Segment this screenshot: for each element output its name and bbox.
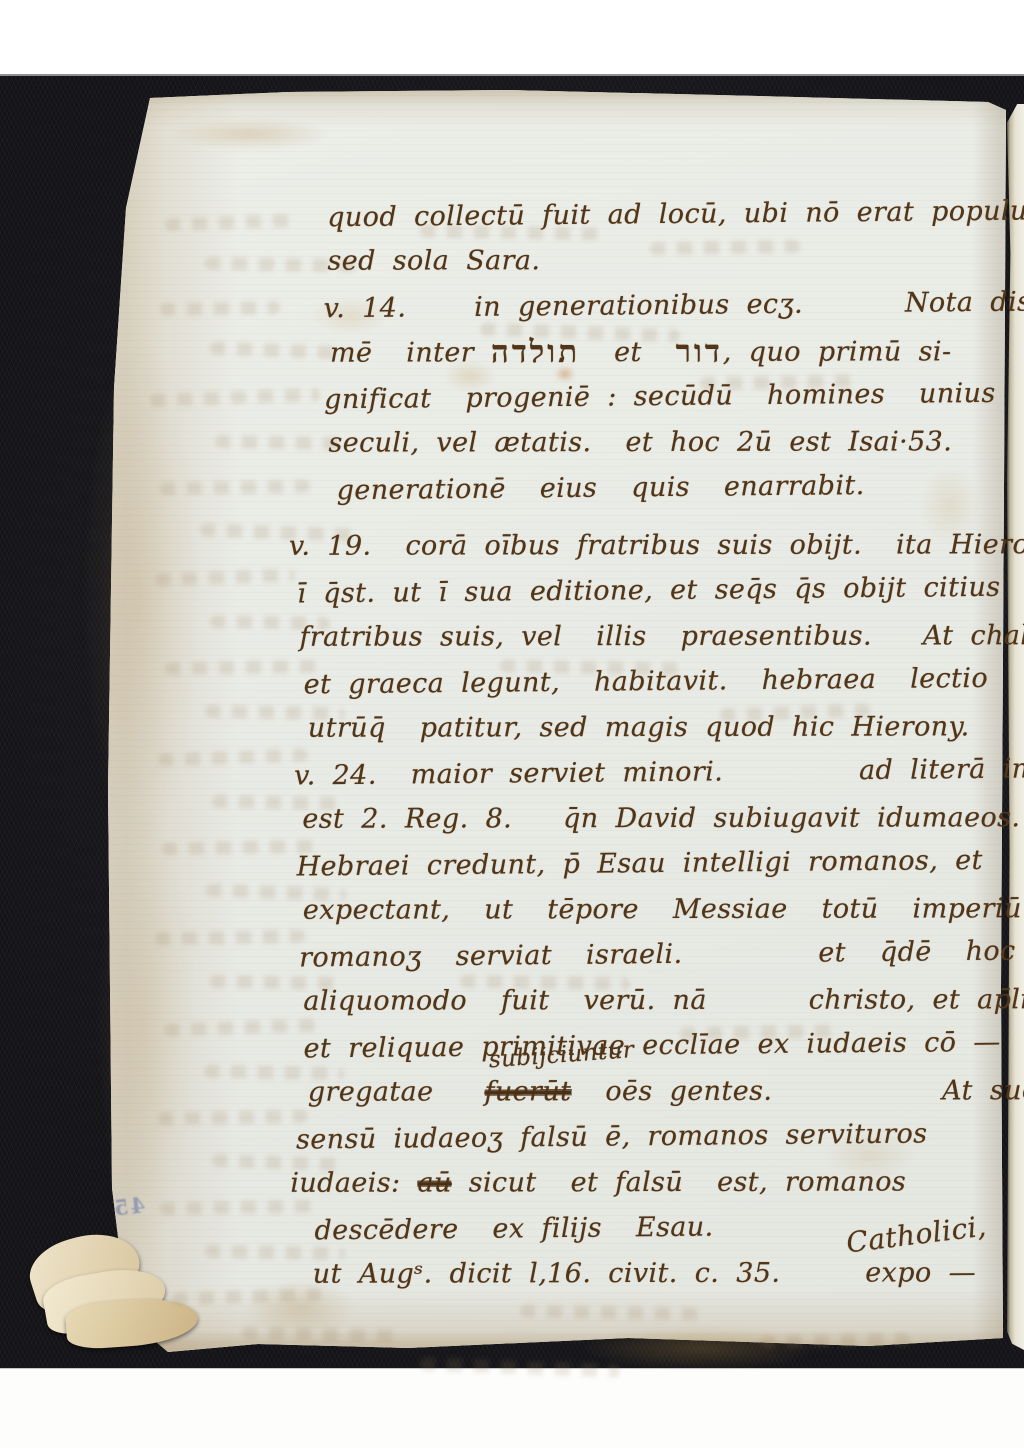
- hebrew-word-toledah: תולדה: [491, 334, 580, 370]
- handwritten-text: quod collectū fuit ad locū, ubi nō erat …: [293, 190, 1023, 1298]
- text-line-with-insertion: gregatae subijciunturfuerūt oēs gentes. …: [308, 1068, 1022, 1115]
- manuscript-scan: 45 quod collectū fuit ad locū, ubi nō er…: [0, 0, 1024, 1448]
- text-line: sed sola Sara.: [327, 237, 1017, 284]
- text-line: ut Augˢ. dicit l,16. civit. c. 35. expo …: [313, 1250, 1023, 1297]
- text-line: seculi, vel ætatis. et hoc 2ū est Isai·5…: [328, 419, 1018, 466]
- latin-segment: gregatae: [308, 1076, 485, 1107]
- latin-segment: et: [580, 336, 676, 367]
- struck-word: fuerūt: [484, 1076, 571, 1107]
- top-margin: [0, 0, 1024, 74]
- text-line: utrūq̄ patitur, sed magis quod hic Hiero…: [308, 704, 1020, 751]
- photo-backdrop: 45 quod collectū fuit ad locū, ubi nō er…: [0, 74, 1024, 1370]
- latin-segment: iudaeis:: [290, 1167, 417, 1198]
- text-line: et reliquae primitivae ecclīae ex iudaei…: [303, 1020, 1021, 1072]
- text-line: generationē eius quis enarrabit.: [336, 462, 1018, 514]
- paper-stain: [580, 1326, 820, 1370]
- paper-stain: [80, 336, 200, 856]
- bleedthrough-page-number: 45: [111, 1192, 147, 1220]
- bleedthrough-ghost: [160, 301, 280, 316]
- bottom-margin: [0, 1368, 1024, 1448]
- text-line: v. 14. in generationibus ecʒ. Nota discr…: [324, 280, 1018, 332]
- text-line: gnificat progeniē : secūdū homines unius: [324, 371, 1018, 423]
- text-line: fratribus suis, vel illis praesentibus. …: [299, 613, 1019, 660]
- text-line: ī q̄st. ut ī sua editione, et seq̄s q̄s …: [297, 565, 1019, 617]
- text-line-with-strike: iudaeis: aū sicut et falsū est, romanos: [290, 1159, 1022, 1206]
- latin-segment: sicut et falsū est, romanos: [452, 1166, 906, 1198]
- correction: subijciunturfuerūt: [484, 1069, 571, 1115]
- text-line-hebrew: mē inter תולדה et דור, quo primū si-: [330, 328, 1018, 375]
- latin-segment: mē inter: [330, 337, 491, 368]
- text-line: expectant, ut tēpore Messiae totū imperi…: [303, 886, 1021, 933]
- text-line: est 2. Reg. 8. q̄n David subiugavit idum…: [302, 795, 1020, 842]
- latin-segment: , quo primū si-: [723, 336, 952, 367]
- paper-stain: [170, 118, 330, 150]
- paper-stain: [95, 806, 195, 1246]
- text-line: v. 24. maior serviet minori. ad literā i…: [294, 747, 1020, 799]
- text-line: quod collectū fuit ad locū, ubi nō erat …: [327, 189, 1017, 241]
- latin-segment: oēs gentes. At suo: [571, 1075, 1024, 1107]
- hebrew-word-dor: דור: [676, 333, 723, 369]
- text-line: aliquomodo fuit verū. nā christo, et ap̄…: [303, 977, 1021, 1024]
- text-line: v. 19. corā oībus fratribus suis obijt. …: [289, 522, 1019, 569]
- text-line: Hebraei credunt, p̄ Esau intelligi roman…: [296, 838, 1020, 890]
- text-line: romanoʒ serviat israeli. et q̄dē hoc: [299, 929, 1021, 981]
- text-line: sensū iudaeoʒ falsū ē, romanos servituro…: [296, 1111, 1022, 1163]
- text-line: et graeca legunt, habitavit. hebraea lec…: [303, 656, 1019, 708]
- struck-word: aū: [417, 1167, 451, 1198]
